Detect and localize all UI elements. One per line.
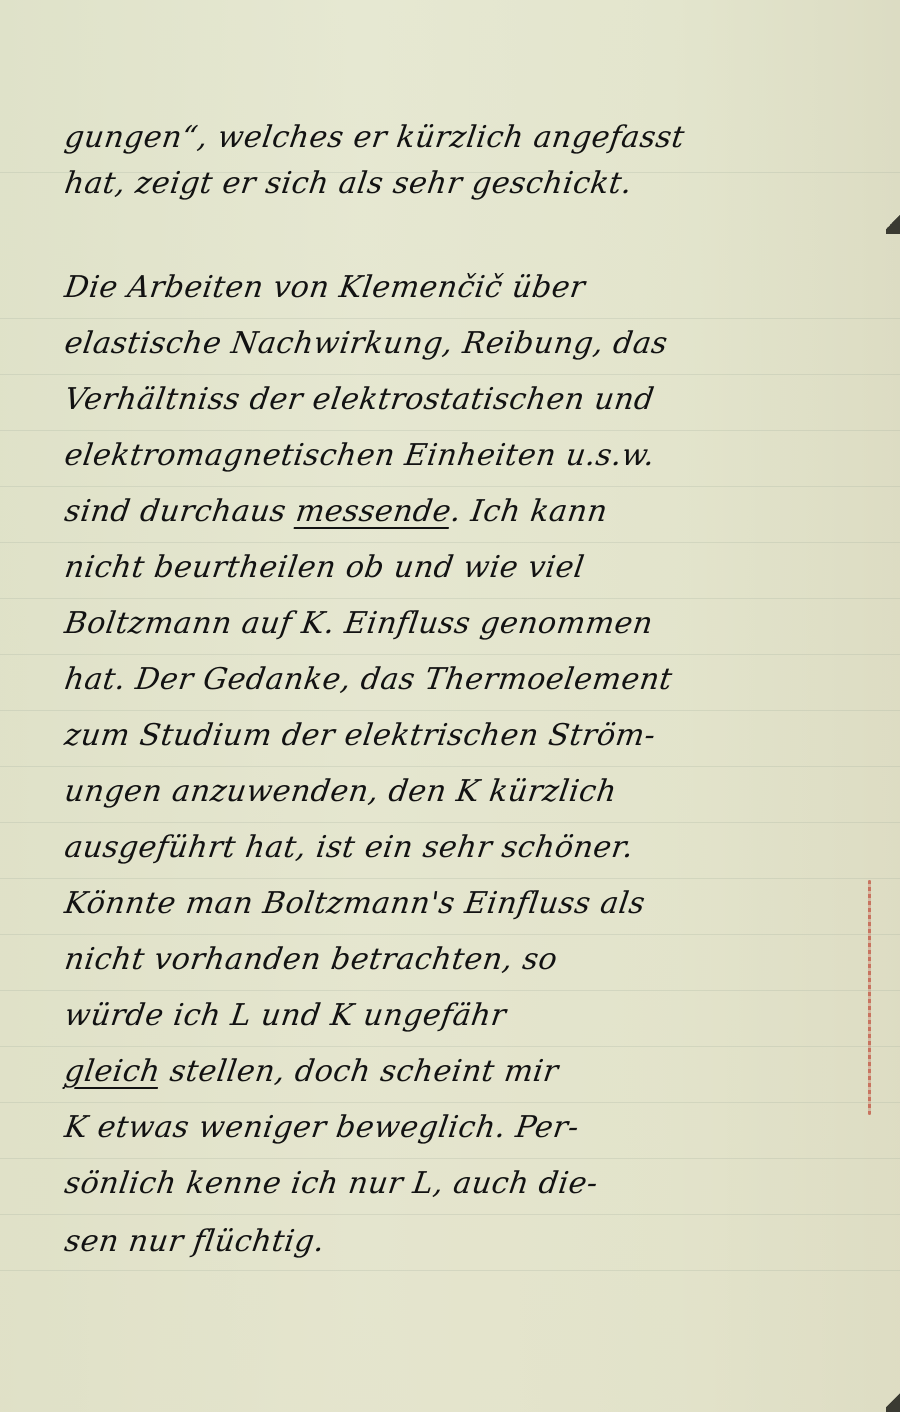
- ruled-line: [0, 878, 900, 879]
- handwritten-line: sönlich kenne ich nur L, auch die-: [62, 1164, 600, 1204]
- ruled-line: [0, 374, 900, 375]
- red-margin-mark: [868, 880, 871, 1115]
- handwritten-line: hat, zeigt er sich als sehr geschickt.: [62, 164, 635, 204]
- ruled-line: [0, 542, 900, 543]
- ruled-line: [0, 1270, 900, 1271]
- handwritten-line: elastische Nachwirkung, Reibung, das: [62, 324, 670, 364]
- handwritten-line: würde ich L und K ungefähr: [62, 996, 509, 1036]
- handwritten-line: ungen anzuwenden, den K kürzlich: [62, 772, 619, 812]
- ruled-line: [0, 822, 900, 823]
- line-segment: stellen, doch scheint mir: [158, 1054, 561, 1089]
- ruled-line: [0, 934, 900, 935]
- handwritten-line: nicht vorhanden betrachten, so: [62, 940, 560, 980]
- underlined-word: gleich: [62, 1054, 162, 1089]
- ruled-line: [0, 654, 900, 655]
- handwritten-line: Verhältniss der elektrostatischen und: [62, 380, 657, 420]
- ruled-line: [0, 710, 900, 711]
- handwritten-line: elektromagnetischen Einheiten u.s.w.: [62, 436, 657, 476]
- handwritten-line: nicht beurtheilen ob und wie viel: [62, 548, 587, 588]
- handwritten-line: Die Arbeiten von Klemenčič über: [62, 268, 588, 308]
- handwritten-line-with-underline: sind durchaus messende. Ich kann: [62, 492, 610, 532]
- ruled-line: [0, 766, 900, 767]
- handwritten-line: zum Studium der elektrischen Ström-: [62, 716, 658, 756]
- handwritten-line: ausgeführt hat, ist ein sehr schöner.: [62, 828, 636, 868]
- letter-page: gungen“, welches er kürzlich angefasst h…: [0, 0, 900, 1412]
- line-segment: . Ich kann: [449, 494, 610, 529]
- handwritten-line: hat. Der Gedanke, das Thermoelement: [62, 660, 675, 700]
- handwritten-line: K etwas weniger beweglich. Per-: [62, 1108, 582, 1148]
- underlined-word: messende: [294, 494, 454, 529]
- handwritten-line: Könnte man Boltzmann's Einfluss als: [62, 884, 648, 924]
- ruled-line: [0, 318, 900, 319]
- ruled-line: [0, 430, 900, 431]
- ruled-line: [0, 1158, 900, 1159]
- handwritten-line-with-underline: gleich stellen, doch scheint mir: [62, 1052, 561, 1092]
- ruled-line: [0, 486, 900, 487]
- line-segment: sind durchaus: [62, 494, 298, 529]
- ruled-line: [0, 1046, 900, 1047]
- handwritten-line: sen nur flüchtig.: [62, 1222, 327, 1262]
- ruled-line: [0, 1102, 900, 1103]
- handwritten-line: gungen“, welches er kürzlich angefasst: [62, 118, 687, 158]
- page-corner: [886, 210, 900, 234]
- ruled-line: [0, 990, 900, 991]
- handwritten-line: Boltzmann auf K. Einfluss genommen: [62, 604, 656, 644]
- ruled-line: [0, 1214, 900, 1215]
- ruled-line: [0, 598, 900, 599]
- page-corner: [886, 1388, 900, 1412]
